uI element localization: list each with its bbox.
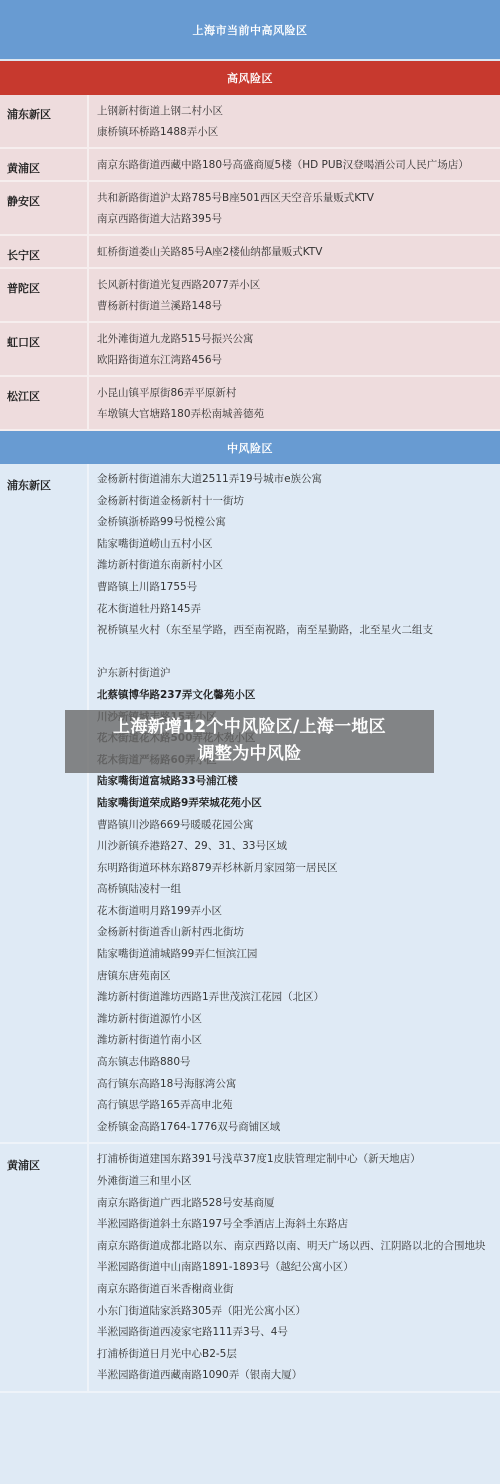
- place-list: 长风新村街道光复西路2077弄小区曹杨新村街道兰溪路148号: [89, 269, 500, 321]
- place-item: 南京东路街道西藏中路180号高盛商厦5楼（HD PUB汉登喝酒公司人民广场店）: [97, 155, 494, 176]
- table-row: 松江区小昆山镇平原街86弄平原新村车墩镇大官塘路180弄松南城善德苑: [0, 377, 500, 431]
- district-name: 浦东新区: [0, 464, 89, 1142]
- place-item: 康桥镇环桥路1488弄小区: [97, 122, 494, 143]
- place-item: 陆家嘴街道崂山五村小区: [97, 534, 494, 556]
- place-item: 金杨新村街道金杨新村十一街坊: [97, 491, 494, 513]
- place-item: 潍坊新村街道东南新村小区: [97, 555, 494, 577]
- mid-risk-table: 浦东新区金杨新村街道浦东大道2511弄19号城市e族公寓金杨新村街道金杨新村十一…: [0, 464, 500, 1393]
- place-item: 金桥镇浙桥路99号悦樘公寓: [97, 512, 494, 534]
- table-row: 黄浦区南京东路街道西藏中路180号高盛商厦5楼（HD PUB汉登喝酒公司人民广场…: [0, 149, 500, 182]
- place-item: 陆家嘴街道浦城路99弄仁恒滨江园: [97, 944, 494, 966]
- place-item: 唐镇东唐苑南区: [97, 966, 494, 988]
- place-item: 潍坊新村街道潍坊西路1弄世茂滨江花园（北区）: [97, 987, 494, 1009]
- place-item: 小东门街道陆家浜路305弄（阳光公寓小区）: [97, 1301, 494, 1323]
- place-list: 北外滩街道九龙路515号振兴公寓欧阳路街道东江湾路456号: [89, 323, 500, 375]
- place-item: 上钢新村街道上钢二村小区: [97, 101, 494, 122]
- place-item: 花木街道明月路199弄小区: [97, 901, 494, 923]
- district-name: 黄浦区: [0, 149, 89, 180]
- place-item: 潍坊新村街道竹南小区: [97, 1030, 494, 1052]
- place-item: 高行镇思学路165弄高申北苑: [97, 1095, 494, 1117]
- place-item: 半淞园路街道斜土东路197号全季酒店上海斜土东路店: [97, 1214, 494, 1236]
- place-item: [97, 642, 494, 664]
- district-name: 普陀区: [0, 269, 89, 321]
- place-list: 小昆山镇平原街86弄平原新村车墩镇大官塘路180弄松南城善德苑: [89, 377, 500, 429]
- high-risk-header: 高风险区: [0, 61, 500, 95]
- place-item: 东明路街道环林东路879弄杉林新月家园第一居民区: [97, 858, 494, 880]
- table-row: 长宁区虹桥街道娄山关路85号A座2楼仙纳都量贩式KTV: [0, 236, 500, 269]
- place-item: 半淞园路街道西凌家宅路111弄3号、4号: [97, 1322, 494, 1344]
- place-list: 金杨新村街道浦东大道2511弄19号城市e族公寓金杨新村街道金杨新村十一街坊金桥…: [89, 464, 500, 1142]
- place-item: 金杨新村街道香山新村西北街坊: [97, 922, 494, 944]
- place-item: 欧阳路街道东江湾路456号: [97, 350, 494, 371]
- place-item: 高东镇志伟路880号: [97, 1052, 494, 1074]
- district-name: 黄浦区: [0, 1144, 89, 1391]
- place-item: 北外滩街道九龙路515号振兴公寓: [97, 329, 494, 350]
- place-item: 陆家嘴街道富城路33号浦江楼: [97, 771, 494, 793]
- place-item: 花木街道牡丹路145弄: [97, 599, 494, 621]
- table-row: 浦东新区金杨新村街道浦东大道2511弄19号城市e族公寓金杨新村街道金杨新村十一…: [0, 464, 500, 1144]
- place-list: 上钢新村街道上钢二村小区康桥镇环桥路1488弄小区: [89, 95, 500, 147]
- place-item: 南京西路街道大沽路395号: [97, 209, 494, 230]
- place-list: 打浦桥街道建国东路391号浅草37度1皮肤管理定制中心（新天地店）外滩街道三和里…: [89, 1144, 500, 1391]
- place-list: 南京东路街道西藏中路180号高盛商厦5楼（HD PUB汉登喝酒公司人民广场店）: [89, 149, 500, 180]
- place-item: 车墩镇大官塘路180弄松南城善德苑: [97, 404, 494, 425]
- table-row: 虹口区北外滩街道九龙路515号振兴公寓欧阳路街道东江湾路456号: [0, 323, 500, 377]
- place-item: 高桥镇陆凌村一组: [97, 879, 494, 901]
- place-item: 潍坊新村街道源竹小区: [97, 1009, 494, 1031]
- place-item: 曹杨新村街道兰溪路148号: [97, 296, 494, 317]
- place-item: 半淞园路街道西藏南路1090弄（银南大厦）: [97, 1365, 494, 1387]
- caption-line-2: 调整为中风险: [65, 741, 434, 768]
- district-name: 浦东新区: [0, 95, 89, 147]
- place-item: 曹路镇上川路1755号: [97, 577, 494, 599]
- place-item: 打浦桥街道日月光中心B2-5层: [97, 1344, 494, 1366]
- risk-area-page: 上海市当前中高风险区 高风险区 浦东新区上钢新村街道上钢二村小区康桥镇环桥路14…: [0, 0, 500, 1484]
- place-item: 祝桥镇星火村（东至星学路，西至南祝路，南至星勤路，北至星火二组支: [97, 620, 494, 642]
- place-item: 半淞园路街道中山南路1891-1893号（越纪公寓小区）: [97, 1257, 494, 1279]
- place-item: 外滩街道三和里小区: [97, 1171, 494, 1193]
- table-row: 黄浦区打浦桥街道建国东路391号浅草37度1皮肤管理定制中心（新天地店）外滩街道…: [0, 1144, 500, 1393]
- table-row: 普陀区长风新村街道光复西路2077弄小区曹杨新村街道兰溪路148号: [0, 269, 500, 323]
- district-name: 松江区: [0, 377, 89, 429]
- place-item: 陆家嘴街道荣成路9弄荣城花苑小区: [97, 793, 494, 815]
- place-item: 川沙新镇乔港路27、29、31、33号区域: [97, 836, 494, 858]
- place-item: 金杨新村街道浦东大道2511弄19号城市e族公寓: [97, 469, 494, 491]
- district-name: 虹口区: [0, 323, 89, 375]
- place-item: 曹路镇川沙路669号暖暖花园公寓: [97, 815, 494, 837]
- place-list: 虹桥街道娄山关路85号A座2楼仙纳都量贩式KTV: [89, 236, 500, 267]
- place-item: 打浦桥街道建国东路391号浅草37度1皮肤管理定制中心（新天地店）: [97, 1149, 494, 1171]
- district-name: 静安区: [0, 182, 89, 234]
- place-item: 高行镇东高路18号海豚湾公寓: [97, 1074, 494, 1096]
- place-item: 南京东路街道百米香榭商业街: [97, 1279, 494, 1301]
- place-item: 南京东路街道成都北路以东、南京西路以南、明天广场以西、江阴路以北的合围地块: [97, 1236, 494, 1258]
- high-risk-table: 浦东新区上钢新村街道上钢二村小区康桥镇环桥路1488弄小区黄浦区南京东路街道西藏…: [0, 95, 500, 431]
- district-name: 长宁区: [0, 236, 89, 267]
- caption-line-1: 上海新增12个中风险区/上海一地区: [65, 714, 434, 741]
- place-item: 共和新路街道沪太路785号B座501西区天空音乐量贩式KTV: [97, 188, 494, 209]
- table-row: 浦东新区上钢新村街道上钢二村小区康桥镇环桥路1488弄小区: [0, 95, 500, 149]
- news-caption-overlay: 上海新增12个中风险区/上海一地区 调整为中风险: [65, 710, 434, 773]
- place-item: 沪东新村街道沪: [97, 663, 494, 685]
- place-item: 虹桥街道娄山关路85号A座2楼仙纳都量贩式KTV: [97, 242, 494, 263]
- mid-risk-header: 中风险区: [0, 431, 500, 464]
- place-list: 共和新路街道沪太路785号B座501西区天空音乐量贩式KTV南京西路街道大沽路3…: [89, 182, 500, 234]
- place-item: 长风新村街道光复西路2077弄小区: [97, 275, 494, 296]
- place-item: 小昆山镇平原街86弄平原新村: [97, 383, 494, 404]
- place-item: 北蔡镇博华路237弄文化馨苑小区: [97, 685, 494, 707]
- place-item: 南京东路街道广西北路528号安基商厦: [97, 1193, 494, 1215]
- place-item: 金桥镇金高路1764-1776双号商铺区域: [97, 1117, 494, 1139]
- page-title: 上海市当前中高风险区: [0, 0, 500, 61]
- table-row: 静安区共和新路街道沪太路785号B座501西区天空音乐量贩式KTV南京西路街道大…: [0, 182, 500, 236]
